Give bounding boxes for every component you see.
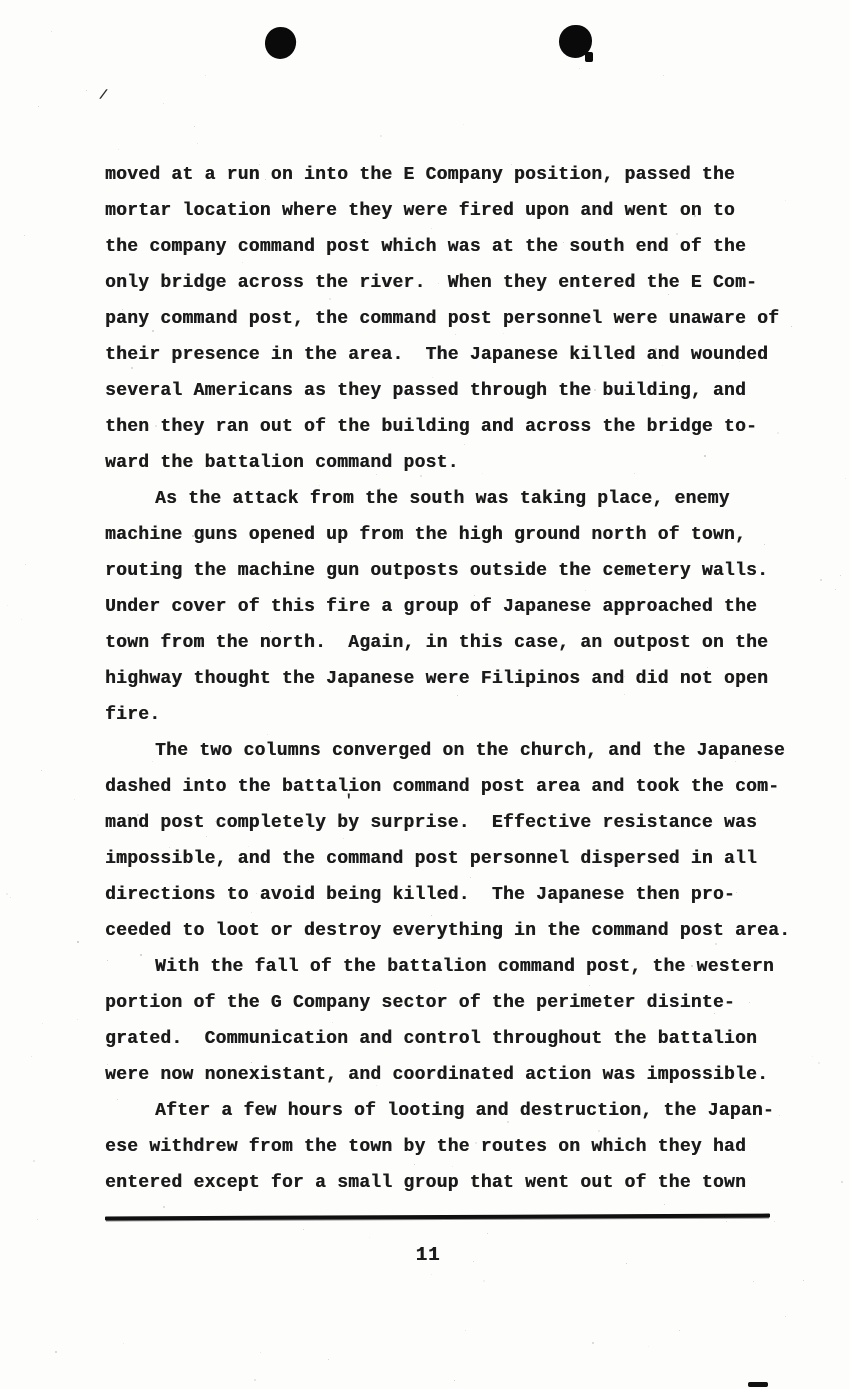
bottom-edge-scan-mark — [748, 1382, 768, 1387]
text-line: impossible, and the command post personn… — [105, 841, 775, 877]
text-line: moved at a run on into the E Company pos… — [105, 157, 775, 193]
body-text-block: moved at a run on into the E Company pos… — [105, 157, 775, 1201]
text-line: ceeded to loot or destroy everything in … — [105, 913, 775, 949]
text-line: highway thought the Japanese were Filipi… — [105, 661, 775, 697]
text-line: With the fall of the battalion command p… — [105, 949, 775, 985]
stray-slash-mark: / — [98, 87, 109, 104]
text-line: fire. — [105, 697, 775, 733]
page-number: 11 — [400, 1244, 456, 1266]
footer-rule — [105, 1214, 770, 1221]
text-line: the company command post which was at th… — [105, 229, 775, 265]
text-line: directions to avoid being killed. The Ja… — [105, 877, 775, 913]
text-line: mand post completely by surprise. Effect… — [105, 805, 775, 841]
text-line: As the attack from the south was taking … — [105, 481, 775, 517]
text-line: dashed into the battalion command post a… — [105, 769, 775, 805]
hole-punch-mark-left — [263, 25, 298, 61]
text-line: entered except for a small group that we… — [105, 1165, 775, 1201]
text-line: Under cover of this fire a group of Japa… — [105, 589, 775, 625]
hole-punch-mark-right — [559, 25, 592, 58]
text-line: portion of the G Company sector of the p… — [105, 985, 775, 1021]
text-line: town from the north. Again, in this case… — [105, 625, 775, 661]
text-line: grated. Communication and control throug… — [105, 1021, 775, 1057]
text-line: ese withdrew from the town by the routes… — [105, 1129, 775, 1165]
text-line: only bridge across the river. When they … — [105, 265, 775, 301]
text-line: were now nonexistant, and coordinated ac… — [105, 1057, 775, 1093]
text-line: machine guns opened up from the high gro… — [105, 517, 775, 553]
text-line: several Americans as they passed through… — [105, 373, 775, 409]
text-line: their presence in the area. The Japanese… — [105, 337, 775, 373]
text-line: pany command post, the command post pers… — [105, 301, 775, 337]
text-line: ward the battalion command post. — [105, 445, 775, 481]
text-line: mortar location where they were fired up… — [105, 193, 775, 229]
scanned-document-page: / ' moved at a run on into the E Company… — [0, 0, 850, 1389]
text-line: then they ran out of the building and ac… — [105, 409, 775, 445]
text-line: After a few hours of looting and destruc… — [105, 1093, 775, 1129]
text-line: routing the machine gun outposts outside… — [105, 553, 775, 589]
text-line: The two columns converged on the church,… — [105, 733, 775, 769]
